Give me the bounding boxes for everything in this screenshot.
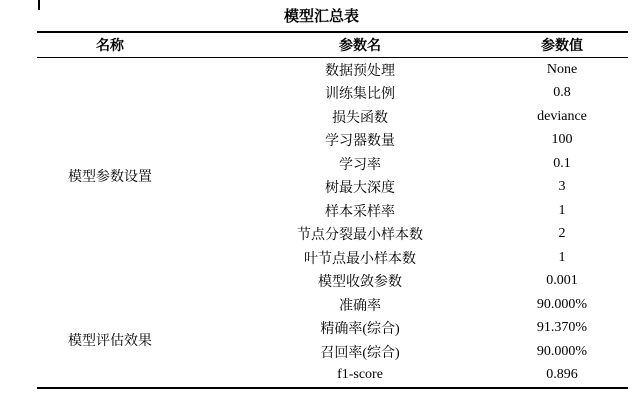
param-name: 训练集比例: [183, 82, 513, 106]
table-row: 模型评估效果 准确率 90.000%: [37, 293, 628, 317]
param-value: 91.370%: [513, 317, 628, 341]
param-value: 90.000%: [513, 293, 628, 317]
param-value: None: [513, 58, 628, 82]
param-value: 3: [513, 176, 628, 200]
param-name: 精确率(综合): [183, 317, 513, 341]
param-name: 节点分裂最小样本数: [183, 223, 513, 247]
group-label-params: 模型参数设置: [37, 58, 183, 294]
param-value: 2: [513, 223, 628, 247]
model-summary-table: 名称 参数名 参数值 模型参数设置 数据预处理 None 训练集比例 0.8 损…: [37, 31, 628, 389]
param-value: 1: [513, 199, 628, 223]
param-name: 学习器数量: [183, 129, 513, 153]
group-label-evaluation: 模型评估效果: [37, 293, 183, 388]
param-value: 0.001: [513, 270, 628, 294]
table-header: 名称 参数名 参数值: [37, 32, 628, 58]
header-param-name: 参数名: [183, 32, 513, 58]
param-name: 样本采样率: [183, 199, 513, 223]
table-row: 模型参数设置 数据预处理 None: [37, 58, 628, 82]
param-name: 损失函数: [183, 105, 513, 129]
param-name: 召回率(综合): [183, 340, 513, 364]
header-param-value: 参数值: [513, 32, 628, 58]
param-name: 模型收敛参数: [183, 270, 513, 294]
param-name: 学习率: [183, 152, 513, 176]
param-value: 100: [513, 129, 628, 153]
param-value: 0.1: [513, 152, 628, 176]
param-name: f1-score: [183, 364, 513, 389]
param-value: 90.000%: [513, 340, 628, 364]
param-name: 叶节点最小样本数: [183, 246, 513, 270]
param-value: deviance: [513, 105, 628, 129]
param-value: 0.8: [513, 82, 628, 106]
document-page: { "page": { "title": "模型汇总表" }, "table":…: [0, 0, 637, 400]
header-name: 名称: [37, 32, 183, 58]
param-value: 1: [513, 246, 628, 270]
table-body: 模型参数设置 数据预处理 None 训练集比例 0.8 损失函数 devianc…: [37, 58, 628, 389]
param-name: 数据预处理: [183, 58, 513, 82]
param-name: 准确率: [183, 293, 513, 317]
param-name: 树最大深度: [183, 176, 513, 200]
header-row: 名称 参数名 参数值: [37, 32, 628, 58]
param-value: 0.896: [513, 364, 628, 389]
table-title: 模型汇总表: [26, 8, 617, 26]
